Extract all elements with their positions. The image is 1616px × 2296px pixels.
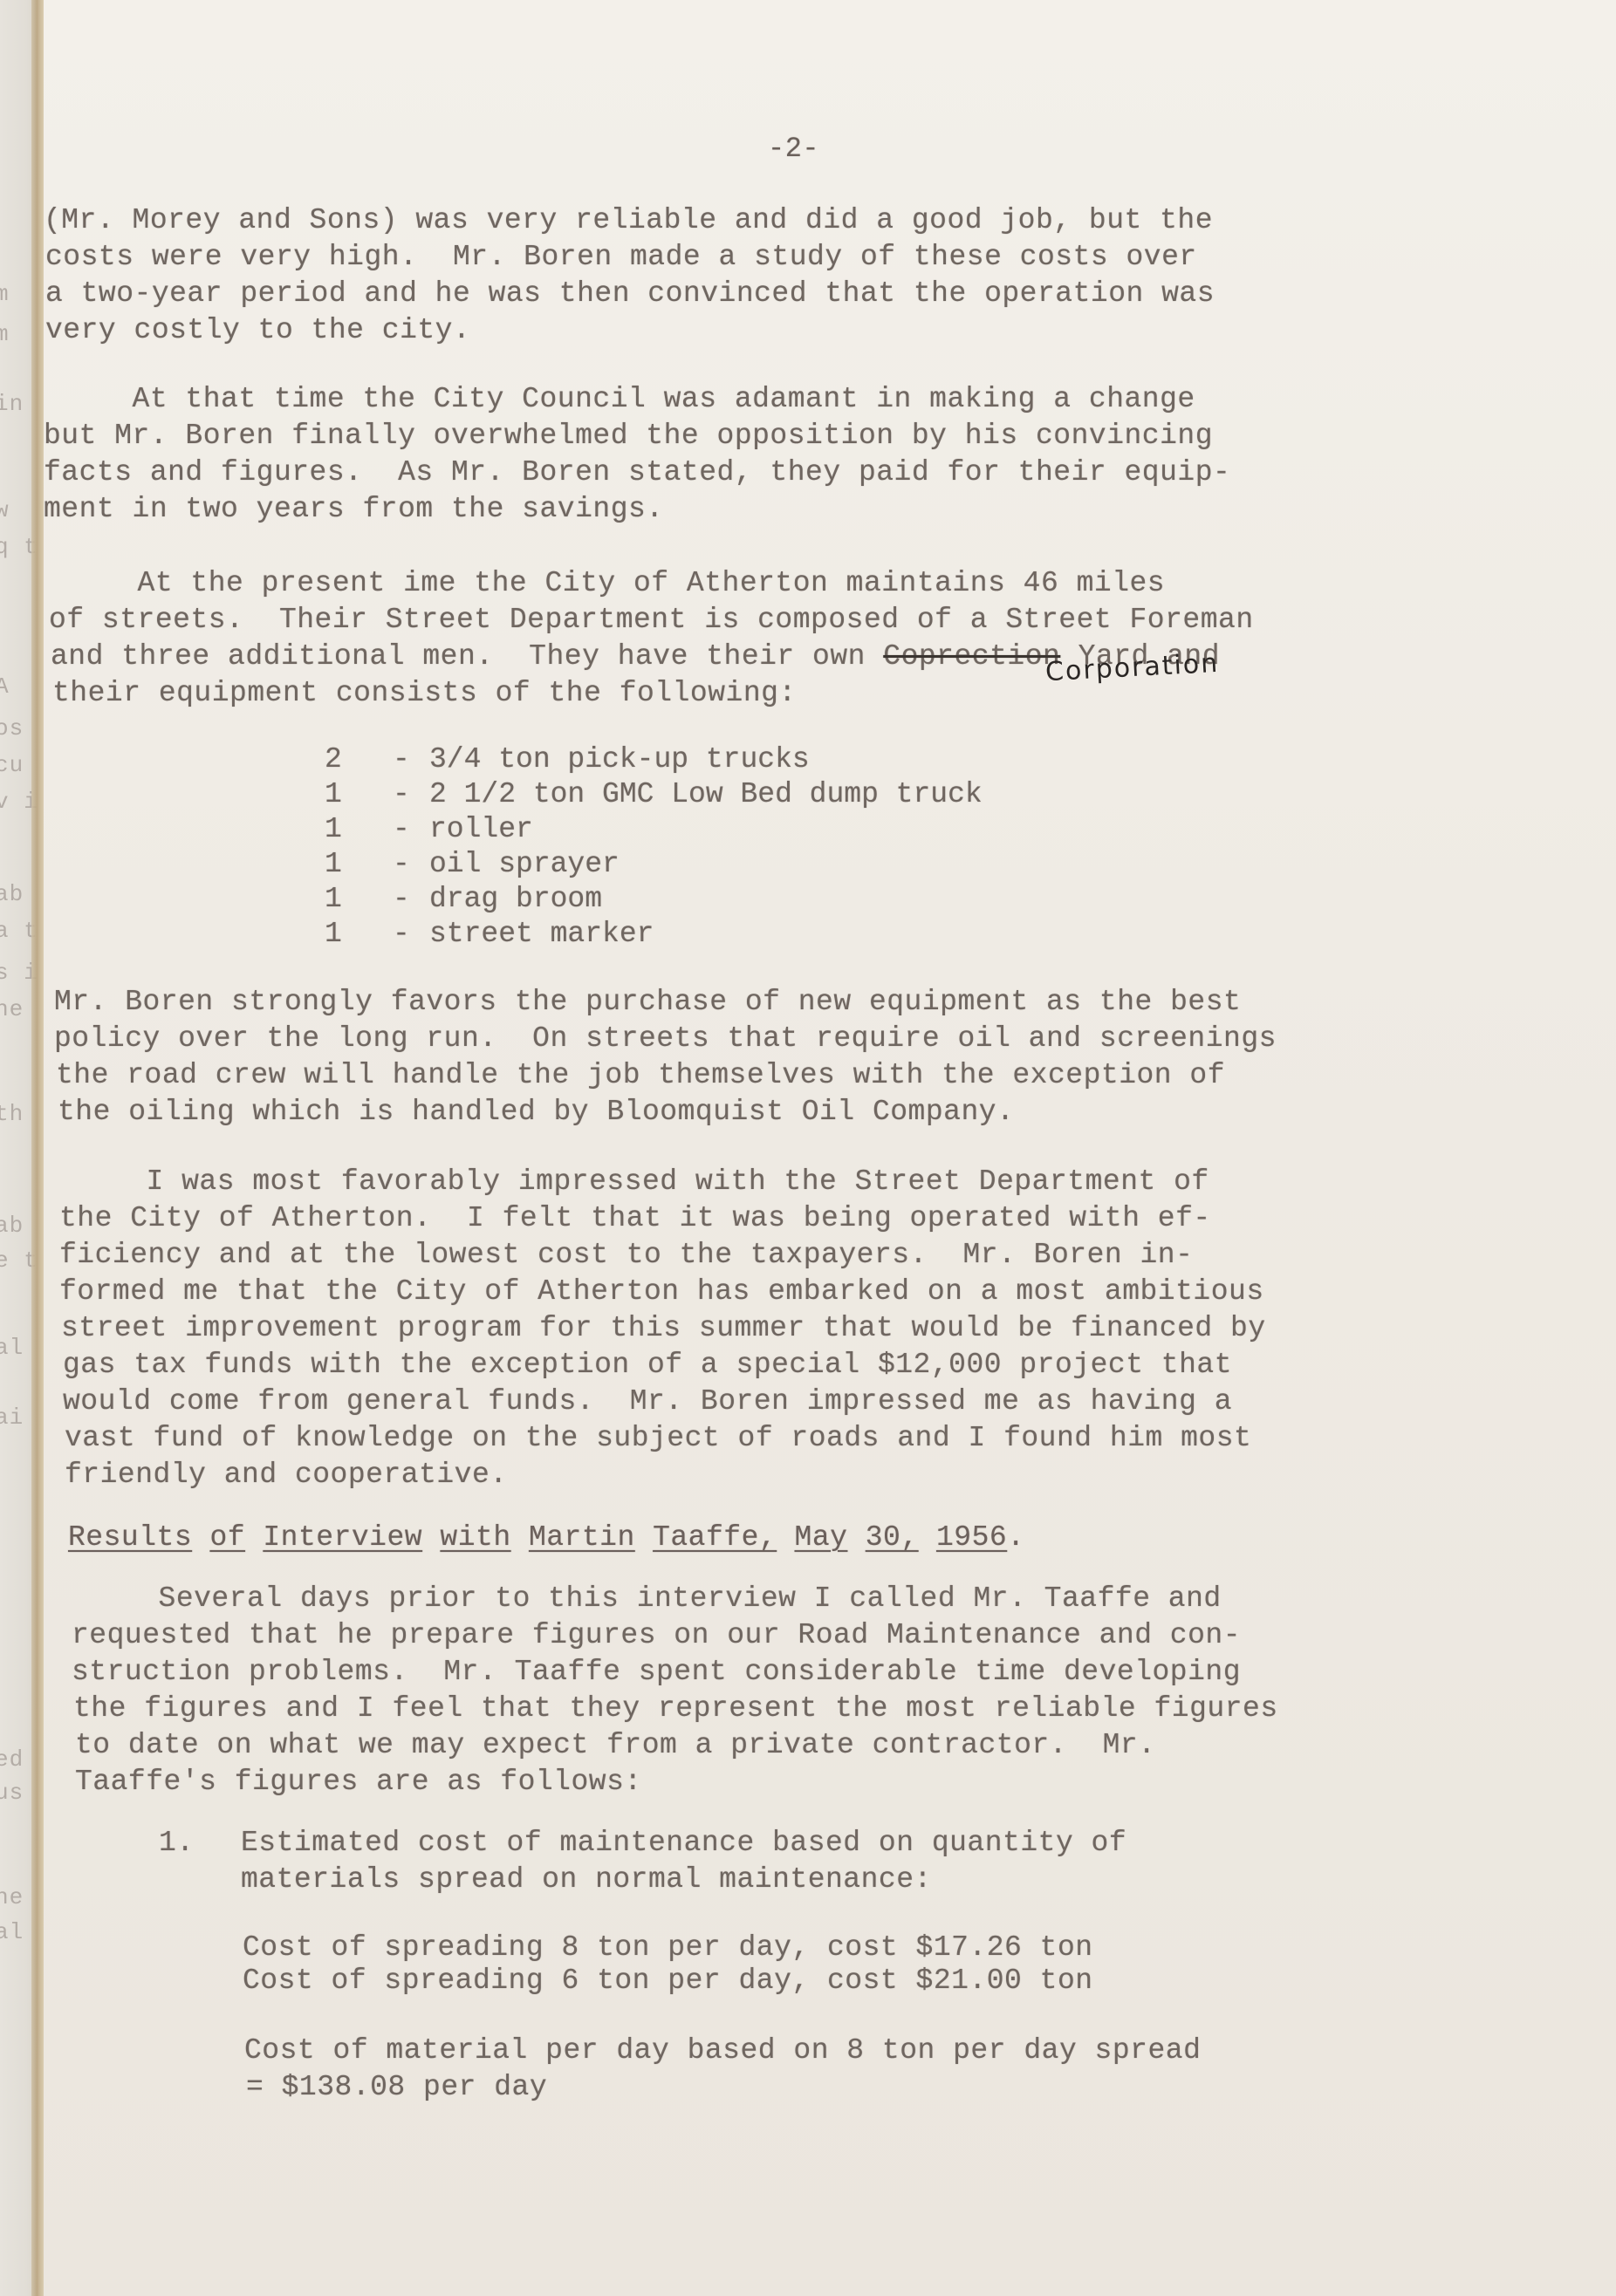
paragraph-5-line: street improvement program for this summ… (61, 1310, 1266, 1347)
cost-line: Cost of spreading 6 ton per day, cost $2… (243, 1963, 1093, 1999)
paragraph-2-line: At that time the City Council was adaman… (44, 381, 1195, 418)
item-1-line: Estimated cost of maintenance based on q… (241, 1825, 1126, 1862)
paragraph-6-line: Taaffe's figures are as follows: (75, 1764, 642, 1801)
material-cost-line: Cost of material per day based on 8 ton … (244, 2033, 1201, 2069)
ghost-text: al (0, 1919, 24, 1945)
dash: - (393, 848, 429, 880)
paragraph-5-line: vast fund of knowledge on the subject of… (65, 1420, 1251, 1457)
equipment-qty: 1 (325, 813, 393, 845)
paragraph-4-line: Mr. Boren strongly favors the purchase o… (54, 984, 1241, 1021)
equipment-item: 2-3/4 ton pick-up trucks (325, 741, 983, 776)
heading-word: 30, (866, 1521, 919, 1554)
ghost-text: ne (0, 996, 24, 1022)
item-number: 1. (159, 1825, 195, 1862)
equipment-qty: 1 (325, 848, 393, 880)
dash: - (393, 743, 429, 776)
ghost-text: th (0, 1101, 24, 1127)
ghost-text: al (0, 1335, 24, 1361)
paragraph-6-line: to date on what we may expect from a pri… (75, 1727, 1156, 1764)
paragraph-5-line: ficiency and at the lowest cost to the t… (59, 1237, 1193, 1274)
paragraph-5-line: the City of Atherton. I felt that it was… (59, 1200, 1211, 1237)
paragraph-6-line: Several days prior to this interview I c… (70, 1581, 1222, 1617)
typed-page: -2- (Mr. Morey and Sons) was very reliab… (44, 0, 1616, 2296)
heading-word: with (440, 1521, 510, 1554)
paragraph-2-line: but Mr. Boren finally overwhelmed the op… (44, 418, 1213, 454)
paragraph-1-line: costs were very high. Mr. Boren made a s… (45, 239, 1197, 276)
ghost-text: ne (0, 1884, 24, 1910)
paragraph-6-line: struction problems. Mr. Taaffe spent con… (72, 1654, 1241, 1691)
equipment-name: 2 1/2 ton GMC Low Bed dump truck (429, 778, 983, 810)
paragraph-4-line: policy over the long run. On streets tha… (54, 1021, 1277, 1057)
equipment-name: 3/4 ton pick-up trucks (429, 743, 810, 776)
paragraph-6-line: the figures and I feel that they represe… (73, 1691, 1278, 1727)
paragraph-5-line: I was most favorably impressed with the … (58, 1164, 1209, 1200)
struck-word: Coprection (883, 640, 1060, 673)
equipment-name: drag broom (429, 883, 602, 915)
paragraph-5-line: formed me that the City of Atherton has … (59, 1274, 1264, 1310)
heading-word: May (795, 1521, 848, 1554)
ghost-text: us (0, 1780, 24, 1806)
paragraph-3-line: of streets. Their Street Department is c… (49, 602, 1254, 639)
paragraph-5-line: gas tax funds with the exception of a sp… (63, 1347, 1232, 1384)
paragraph-5-line: friendly and cooperative. (65, 1457, 508, 1493)
paragraph-6-line: requested that he prepare figures on our… (72, 1617, 1241, 1654)
paragraph-3-line: At the present ime the City of Atherton … (49, 565, 1165, 602)
equipment-item: 1-street marker (325, 916, 983, 951)
dash: - (393, 813, 429, 845)
ghost-text: os (0, 715, 24, 741)
page-number: -2- (768, 131, 819, 167)
material-cost-line: = $138.08 per day (246, 2069, 547, 2106)
paragraph-4-line: the road crew will handle the job themse… (56, 1057, 1225, 1094)
ghost-text: w (0, 497, 10, 523)
equipment-item: 1-roller (325, 811, 983, 846)
paragraph-2-line: ment in two years from the savings. (44, 491, 664, 528)
paragraph-1-line: very costly to the city. (45, 312, 470, 349)
paragraph-5-line: would come from general funds. Mr. Boren… (63, 1384, 1232, 1420)
heading-word: Martin (529, 1521, 635, 1554)
ghost-text: A (0, 673, 10, 700)
item-1-line: materials spread on normal maintenance: (241, 1862, 932, 1898)
line-text: and three additional men. They have thei… (51, 640, 883, 673)
equipment-name: roller (429, 813, 533, 845)
paragraph-4-line: the oiling which is handled by Bloomquis… (58, 1094, 1014, 1131)
heading-word: 1956 (936, 1521, 1007, 1554)
heading-word: Taaffe, (653, 1521, 777, 1554)
ghost-text: m (0, 281, 10, 307)
dash: - (393, 918, 429, 950)
paragraph-3-line: their equipment consists of the followin… (52, 675, 797, 712)
heading-word: Interview (263, 1521, 422, 1554)
ghost-text: ai (0, 1404, 24, 1431)
paragraph-1-line: (Mr. Morey and Sons) was very reliable a… (44, 202, 1213, 239)
dash: - (393, 778, 429, 810)
heading-word: Results (68, 1521, 192, 1554)
equipment-qty: 1 (325, 778, 393, 810)
ghost-text: m (0, 321, 10, 347)
equipment-item: 1-drag broom (325, 881, 983, 916)
paragraph-1-line: a two-year period and he was then convin… (45, 276, 1215, 312)
heading-word: of (209, 1521, 245, 1554)
ghost-text: cu (0, 752, 24, 778)
equipment-qty: 1 (325, 918, 393, 950)
equipment-qty: 1 (325, 883, 393, 915)
equipment-item: 1-oil sprayer (325, 846, 983, 881)
equipment-item: 1-2 1/2 ton GMC Low Bed dump truck (325, 776, 983, 811)
cost-line: Cost of spreading 8 ton per day, cost $1… (243, 1930, 1093, 1966)
ghost-text: ab (0, 881, 24, 907)
section-heading: Results of Interview with Martin Taaffe,… (68, 1520, 1025, 1556)
paragraph-2-line: facts and figures. As Mr. Boren stated, … (44, 454, 1230, 491)
ghost-text: ed (0, 1746, 24, 1773)
dash: - (393, 883, 429, 915)
equipment-qty: 2 (325, 743, 393, 776)
equipment-name: street marker (429, 918, 654, 950)
ghost-text: ab (0, 1213, 24, 1239)
page-binding-edge (31, 0, 44, 2296)
heading-period: . (1007, 1521, 1024, 1554)
ghost-text: in (0, 391, 24, 417)
equipment-name: oil sprayer (429, 848, 620, 880)
equipment-list: 2-3/4 ton pick-up trucks 1-2 1/2 ton GMC… (325, 741, 983, 951)
